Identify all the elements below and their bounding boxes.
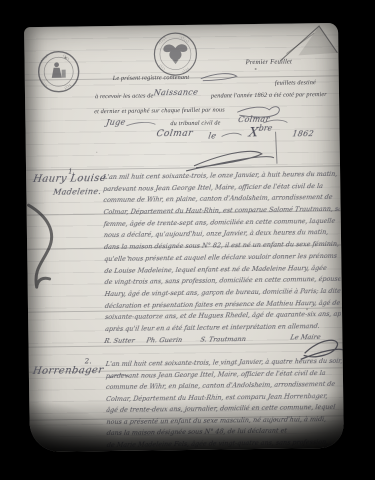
signature: R. Sutter <box>104 337 136 345</box>
date-month: Xbre <box>248 124 273 141</box>
form-line3: et dernier et paraphé sur chaque feuille… <box>94 106 225 115</box>
svg-text:ılııl: ılııl <box>157 36 167 45</box>
paper-specks <box>64 57 66 59</box>
date-vertical-stroke <box>276 132 277 164</box>
date-le: le <box>208 132 217 141</box>
handwritten-acte-type: Naissance <box>153 88 199 98</box>
header-signature-flourish <box>186 151 274 171</box>
form-line1: Le présent registre contenant <box>113 74 190 82</box>
margin-crease-mark <box>29 205 53 287</box>
svg-text:ılıı: ılıı <box>158 63 167 71</box>
date-place: Colmar <box>156 129 194 140</box>
svg-text:ılııl: ılııl <box>180 35 190 44</box>
scan-background: ılııl ılıı ılıı ılıı ılııl ılııl ılıı ıl… <box>0 0 375 480</box>
form-line1-suffix: feuillets destiné <box>275 79 316 87</box>
page-label: Premier Feuillet <box>246 58 293 66</box>
judge-word-tail <box>126 122 155 126</box>
handwritten-count-flourish <box>201 73 237 80</box>
form-line4: du tribunal civil de <box>170 119 220 127</box>
date-year: 1862 <box>292 129 315 138</box>
signature: Ph. Guerin <box>146 336 183 345</box>
form-line2: à recevoir les actes de <box>95 92 153 100</box>
register-page: ılııl ılıı ılıı ılıı ılııl ılııl ılıı ıl… <box>24 23 344 452</box>
bottom-edge-shadow <box>29 396 344 452</box>
handwritten-juge: Juge <box>105 118 126 127</box>
folded-corner-crease <box>280 26 337 61</box>
act1-margin-name: Haury Louise <box>32 173 107 185</box>
act2-margin-name: Horrenbager <box>32 365 104 377</box>
act1-margin-name2: Madeleine. <box>52 187 102 197</box>
form-line2-suffix: pendant l'année 1862 a été coté par prem… <box>211 91 327 100</box>
act2-number: 2. <box>85 357 92 365</box>
act1-body: L'an mil huit cent soixante-trois, le on… <box>102 169 341 336</box>
signature: S. Trautmann <box>200 335 247 344</box>
handwritten-tribunal-place: Colmar <box>237 115 270 124</box>
round-figure-seal-icon: ılııl ılıı ılıı ılıı <box>36 49 81 94</box>
signature-le-maire: Le Maire <box>290 333 322 341</box>
round-eagle-seal-icon: ılııl ılııl ılıı ılıı <box>152 31 199 78</box>
act1-signatures: R. Sutter Ph. Guerin S. Trautmann Le Mai… <box>24 23 338 27</box>
date-squiggle <box>222 133 242 136</box>
